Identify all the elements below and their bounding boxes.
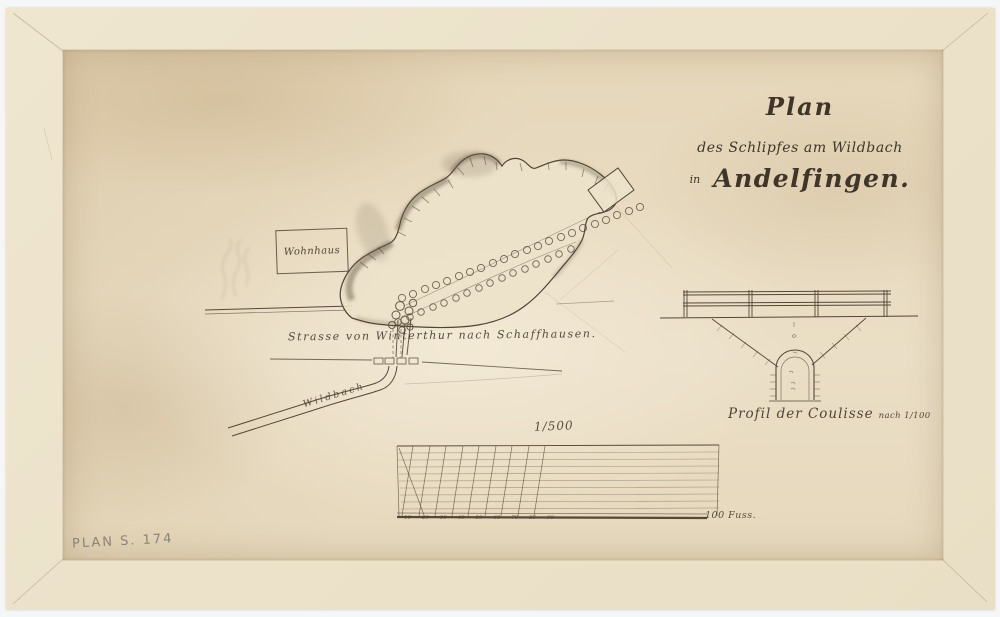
scale-tick-label: 20 [422,515,429,521]
plan-title-line1: Plan [680,92,920,121]
scale-tick-label: 70 [511,515,518,521]
plan-title-line3: in Andelfingen. [680,164,920,193]
road-label: Strasse von Winterthur nach Schaffhausen… [288,328,553,344]
scale-tick-label: 50 [476,515,483,521]
building-outline-box: Wohnhaus [275,228,348,274]
scale-tick-labels: 102030405060708090 [404,515,554,521]
scale-tick-label: 30 [440,515,447,521]
plan-title-line3-prefix: in [690,173,701,186]
scale-tick-label: 60 [493,515,500,521]
scale-tick-label: 10 [404,515,411,521]
plan-title-line3-place: Andelfingen. [713,164,910,193]
profile-caption-scale: nach 1/100 [879,411,931,421]
scale-tick-label: 90 [547,515,554,521]
plan-title-block: Plan des Schlipfes am Wildbach in Andelf… [680,92,920,193]
scale-tick-label: 40 [458,515,465,521]
building-label: Wohnhaus [284,245,341,258]
scale-ratio-label: 1/500 [534,418,574,433]
scale-tick-label: 80 [529,515,536,521]
scale-unit-label: 100 Fuss. [705,510,756,521]
plan-title-line2: des Schlipfes am Wildbach [680,140,920,156]
profile-caption: Profil der Coulissenach 1/100 [728,406,903,422]
profile-caption-main: Profil der Coulisse [728,406,874,422]
scanned-plan-document: Plan des Schlipfes am Wildbach in Andelf… [0,0,1000,617]
